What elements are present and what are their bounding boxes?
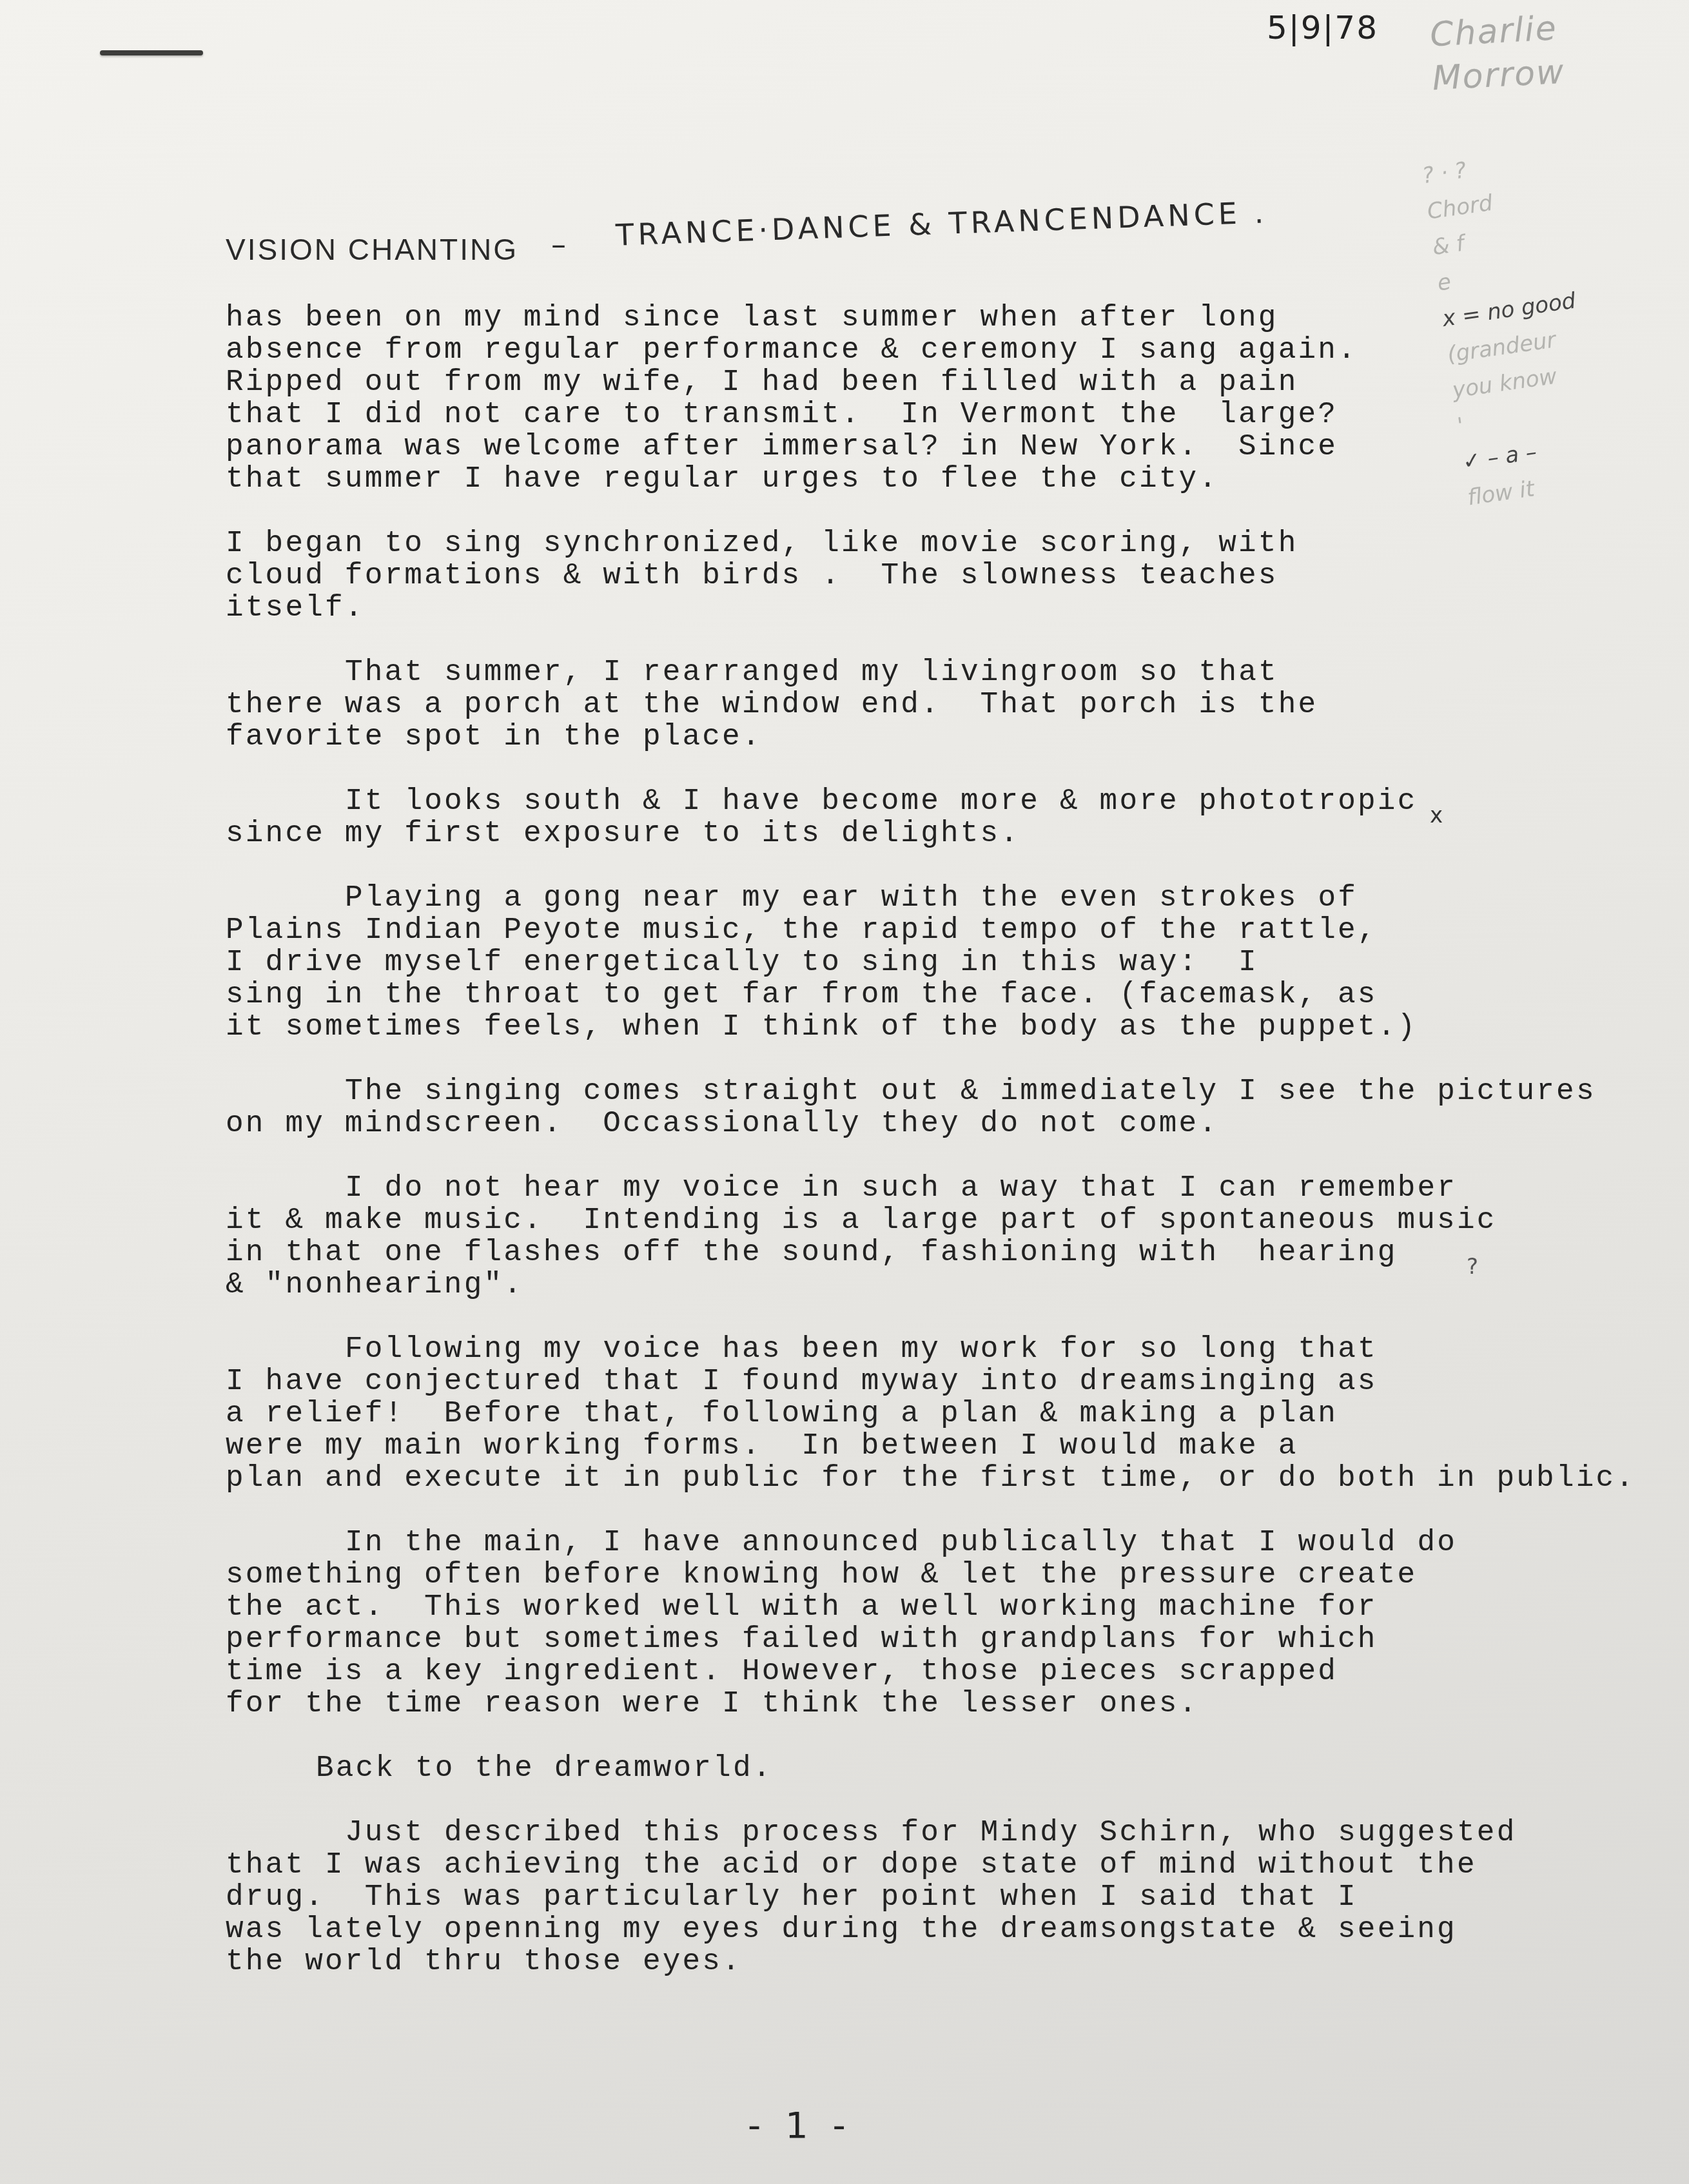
text-line: since my first exposure to its delights. — [226, 817, 1612, 850]
text-line: performance but sometimes failed with gr… — [226, 1623, 1612, 1655]
text-line: time is a key ingredient. However, those… — [226, 1655, 1612, 1688]
text-line: I have conjectured that I found myway in… — [226, 1365, 1612, 1398]
text-line: the act. This worked well with a well wo… — [226, 1591, 1612, 1623]
text-line: in that one flashes off the sound, fashi… — [226, 1236, 1612, 1269]
text-line: & "nonhearing". — [226, 1269, 1612, 1301]
text-line: In the main, I have announced publically… — [226, 1526, 1612, 1559]
typed-body: has been on my mind since last summer wh… — [226, 302, 1612, 2010]
paragraph: I began to sing synchronized, like movie… — [226, 527, 1612, 624]
handwritten-date: 5|9|78 — [1267, 9, 1378, 46]
paragraph: has been on my mind since last summer wh… — [226, 302, 1612, 495]
text-line: Plains Indian Peyote music, the rapid te… — [226, 914, 1612, 946]
text-line: Back to the dreamworld. — [226, 1752, 1612, 1784]
staple-mark — [100, 50, 203, 55]
text-line: absence from regular performance & cerem… — [226, 334, 1612, 366]
text-line: I began to sing synchronized, like movie… — [226, 527, 1612, 560]
text-line: I drive myself energetically to sing in … — [226, 946, 1612, 979]
text-line: were my main working forms. In between I… — [226, 1430, 1612, 1462]
text-line: plan and execute it in public for the fi… — [226, 1462, 1612, 1494]
paragraph: I do not hear my voice in such a way tha… — [226, 1172, 1612, 1301]
document-page: 5|9|78 Charlie Morrow VISION CHANTING – … — [0, 0, 1689, 2184]
paragraph: Playing a gong near my ear with the even… — [226, 882, 1612, 1043]
page-number: - 1 - — [748, 2105, 852, 2147]
margin-x-mark: x — [1430, 803, 1443, 828]
text-line: something often before knowing how & let… — [226, 1559, 1612, 1591]
text-line: That summer, I rearranged my livingroom … — [226, 656, 1612, 688]
text-line: that I did not care to transmit. In Verm… — [226, 398, 1612, 431]
text-line: sing in the throat to get far from the f… — [226, 979, 1612, 1011]
paragraph: That summer, I rearranged my livingroom … — [226, 656, 1612, 753]
author-first-name: Charlie — [1429, 6, 1564, 57]
text-line: has been on my mind since last summer wh… — [226, 302, 1612, 334]
text-line: Following my voice has been my work for … — [226, 1333, 1612, 1365]
handwritten-subtitle: TRANCE·DANCE & TRANCENDANCE . — [615, 195, 1268, 252]
text-line: Playing a gong near my ear with the even… — [226, 882, 1612, 914]
paragraph: In the main, I have announced publically… — [226, 1526, 1612, 1720]
text-line: there was a porch at the window end. Tha… — [226, 688, 1612, 721]
text-line: that I was achieving the acid or dope st… — [226, 1849, 1612, 1881]
text-line: it sometimes feels, when I think of the … — [226, 1011, 1612, 1043]
paragraph: The singing comes straight out & immedia… — [226, 1075, 1612, 1140]
document-title: VISION CHANTING — [226, 232, 518, 267]
author-last-name: Morrow — [1431, 50, 1566, 101]
text-line: drug. This was particularly her point wh… — [226, 1881, 1612, 1913]
handwritten-author: Charlie Morrow — [1429, 6, 1567, 101]
text-line: was lately openning my eyes during the d… — [226, 1913, 1612, 1945]
paragraph: Following my voice has been my work for … — [226, 1333, 1612, 1494]
title-dash: – — [551, 227, 566, 262]
paragraph: It looks south & I have become more & mo… — [226, 785, 1612, 850]
text-line: on my mindscreen. Occassionally they do … — [226, 1107, 1612, 1140]
text-line: the world thru those eyes. — [226, 1945, 1612, 1978]
paragraph: Back to the dreamworld. — [226, 1752, 1612, 1784]
text-line: cloud formations & with birds . The slow… — [226, 560, 1612, 592]
text-line: for the time reason were I think the les… — [226, 1688, 1612, 1720]
text-line: It looks south & I have become more & mo… — [226, 785, 1612, 817]
paragraph: Just described this process for Mindy Sc… — [226, 1817, 1612, 1978]
text-line: it & make music. Intending is a large pa… — [226, 1204, 1612, 1236]
margin-question-mark: ? — [1467, 1254, 1478, 1280]
text-line: The singing comes straight out & immedia… — [226, 1075, 1612, 1107]
text-line: panorama was welcome after immersal? in … — [226, 431, 1612, 463]
text-line: Ripped out from my wife, I had been fill… — [226, 366, 1612, 398]
text-line: that summer I have regular urges to flee… — [226, 463, 1612, 495]
text-line: itself. — [226, 592, 1612, 624]
text-line: I do not hear my voice in such a way tha… — [226, 1172, 1612, 1204]
text-line: favorite spot in the place. — [226, 721, 1612, 753]
text-line: Just described this process for Mindy Sc… — [226, 1817, 1612, 1849]
text-line: a relief! Before that, following a plan … — [226, 1398, 1612, 1430]
